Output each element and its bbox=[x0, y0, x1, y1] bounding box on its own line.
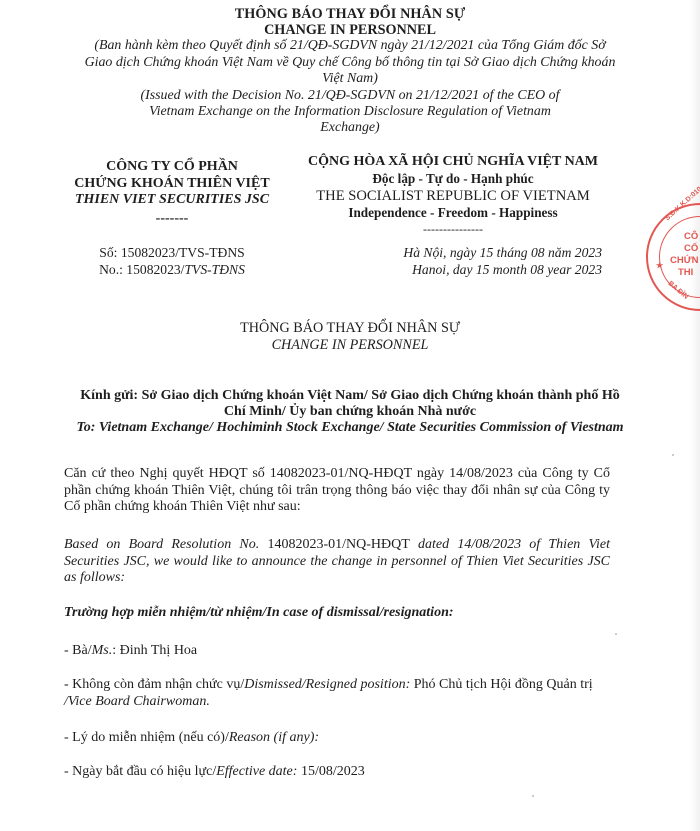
item-label-vi: - Không còn đảm nhận chức vụ/ bbox=[64, 677, 244, 692]
doc-no-vi: Số: 15082023/TVS-TĐNS bbox=[72, 245, 272, 262]
scan-speck bbox=[532, 795, 534, 797]
item-label-en: Dismissed/Resigned position: bbox=[244, 677, 410, 692]
place-date-vi: Hà Nội, ngày 15 tháng 08 năm 2023 bbox=[380, 245, 602, 262]
stamp-line-2: CỔ bbox=[670, 243, 700, 255]
place-date: Hà Nội, ngày 15 tháng 08 năm 2023 Hanoi,… bbox=[380, 245, 602, 278]
doc-no-en-suffix: TVS-TĐNS bbox=[184, 262, 244, 277]
para-en-part-a: Based on Board Resolution No. bbox=[64, 537, 267, 552]
nation-name-en: THE SOCIALIST REPUBLIC OF VIETNAM bbox=[278, 187, 628, 205]
item-person: - Bà/Ms.: Đinh Thị Hoa bbox=[64, 642, 624, 659]
item-label-en: Reason (if any): bbox=[229, 730, 319, 745]
item-reason: - Lý do miễn nhiệm (nếu có)/Reason (if a… bbox=[64, 729, 624, 746]
addressee-en: To: Vietnam Exchange/ Hochiminh Stock Ex… bbox=[60, 420, 640, 436]
item-label-vi: - Ngày bắt đầu có hiệu lực/ bbox=[64, 764, 216, 779]
item-value: Đinh Thị Hoa bbox=[120, 643, 198, 658]
company-block: CÔNG TY CỔ PHẦN CHỨNG KHOÁN THIÊN VIỆT T… bbox=[72, 159, 272, 227]
stamp-center-text: CÔ CỔ CHỨN THI bbox=[670, 231, 700, 279]
notice-title-vi: THÔNG BÁO THAY ĐỔI NHÂN SỰ bbox=[0, 320, 700, 337]
nation-separator: --------------- bbox=[278, 223, 628, 235]
scan-speck bbox=[672, 454, 674, 456]
stamp-line-3: CHỨN bbox=[670, 255, 700, 267]
header-title-en: CHANGE IN PERSONNEL bbox=[0, 22, 700, 38]
header-issued-en: (Issued with the Decision No. 21/QĐ-SGDV… bbox=[0, 88, 700, 137]
doc-no-vi-label: Số: bbox=[99, 245, 121, 260]
document-number: Số: 15082023/TVS-TĐNS No.: 15082023/TVS-… bbox=[72, 245, 272, 278]
company-line-1: CÔNG TY CỔ PHẦN bbox=[72, 159, 272, 176]
scan-speck bbox=[615, 633, 617, 635]
notice-title-en: CHANGE IN PERSONNEL bbox=[0, 337, 700, 354]
case-heading: Trường hợp miễn nhiệm/từ nhiệm/In case o… bbox=[64, 605, 610, 622]
header-title-vi: THÔNG BÁO THAY ĐỔI NHÂN SỰ bbox=[0, 6, 700, 22]
doc-no-vi-value: 15082023/TVS-TĐNS bbox=[121, 245, 245, 260]
item-position: - Không còn đảm nhận chức vụ/Dismissed/R… bbox=[64, 676, 624, 710]
item-label-en: Ms. bbox=[92, 643, 113, 658]
body-paragraph-vi: Căn cứ theo Nghị quyết HĐQT số 14082023-… bbox=[64, 466, 610, 516]
place-date-en: Hanoi, day 15 month 08 year 2023 bbox=[380, 262, 602, 279]
addressee: Kính gửi: Sở Giao dịch Chứng khoán Việt … bbox=[60, 388, 640, 437]
notice-title: THÔNG BÁO THAY ĐỔI NHÂN SỰ CHANGE IN PER… bbox=[0, 320, 700, 354]
doc-no-en: No.: 15082023/TVS-TĐNS bbox=[72, 262, 272, 279]
item-value: Phó Chủ tịch Hội đồng Quản trị bbox=[410, 677, 592, 692]
item-sep: : bbox=[112, 643, 119, 658]
national-header: CỘNG HÒA XÃ HỘI CHỦ NGHĨA VIỆT NAM Độc l… bbox=[278, 153, 628, 235]
company-name-en: THIEN VIET SECURITIES JSC bbox=[72, 192, 272, 209]
para-en-resolution-no: 14082023-01/NQ-HĐQT bbox=[267, 537, 409, 552]
item-value: 15/08/2023 bbox=[297, 764, 364, 779]
doc-no-en-label: No.: bbox=[99, 262, 126, 277]
item-effective-date: - Ngày bắt đầu có hiệu lực/Effective dat… bbox=[64, 763, 624, 780]
doc-no-en-prefix: 15082023/ bbox=[126, 262, 184, 277]
nation-name-vi: CỘNG HÒA XÃ HỘI CHỦ NGHĨA VIỆT NAM bbox=[278, 153, 628, 171]
header-issued-vi: (Ban hành kèm theo Quyết định số 21/QĐ-S… bbox=[0, 38, 700, 87]
stamp-line-4: THI bbox=[670, 267, 700, 279]
company-seal-stamp: S.Đ.K.K.D:010 ★ BA ĐÌN CÔ CỔ CHỨN THI bbox=[646, 203, 700, 311]
company-line-2: CHỨNG KHOÁN THIÊN VIỆT bbox=[72, 176, 272, 193]
item-label-en: Effective date: bbox=[216, 764, 297, 779]
nation-motto-vi: Độc lập - Tự do - Hạnh phúc bbox=[278, 171, 628, 187]
item-label-vi: - Bà/ bbox=[64, 643, 92, 658]
item-value-en: /Vice Board Chairwoman. bbox=[64, 694, 210, 709]
company-separator: ------- bbox=[72, 211, 272, 228]
nation-motto-en: Independence - Freedom - Happiness bbox=[278, 205, 628, 221]
stamp-line-1: CÔ bbox=[670, 231, 700, 243]
document-header: THÔNG BÁO THAY ĐỔI NHÂN SỰ CHANGE IN PER… bbox=[0, 6, 700, 137]
body-paragraph-en: Based on Board Resolution No. 14082023-0… bbox=[64, 537, 610, 587]
item-label-vi: - Lý do miễn nhiệm (nếu có)/ bbox=[64, 730, 229, 745]
star-icon: ★ bbox=[656, 261, 663, 270]
addressee-vi: Kính gửi: Sở Giao dịch Chứng khoán Việt … bbox=[60, 388, 640, 420]
